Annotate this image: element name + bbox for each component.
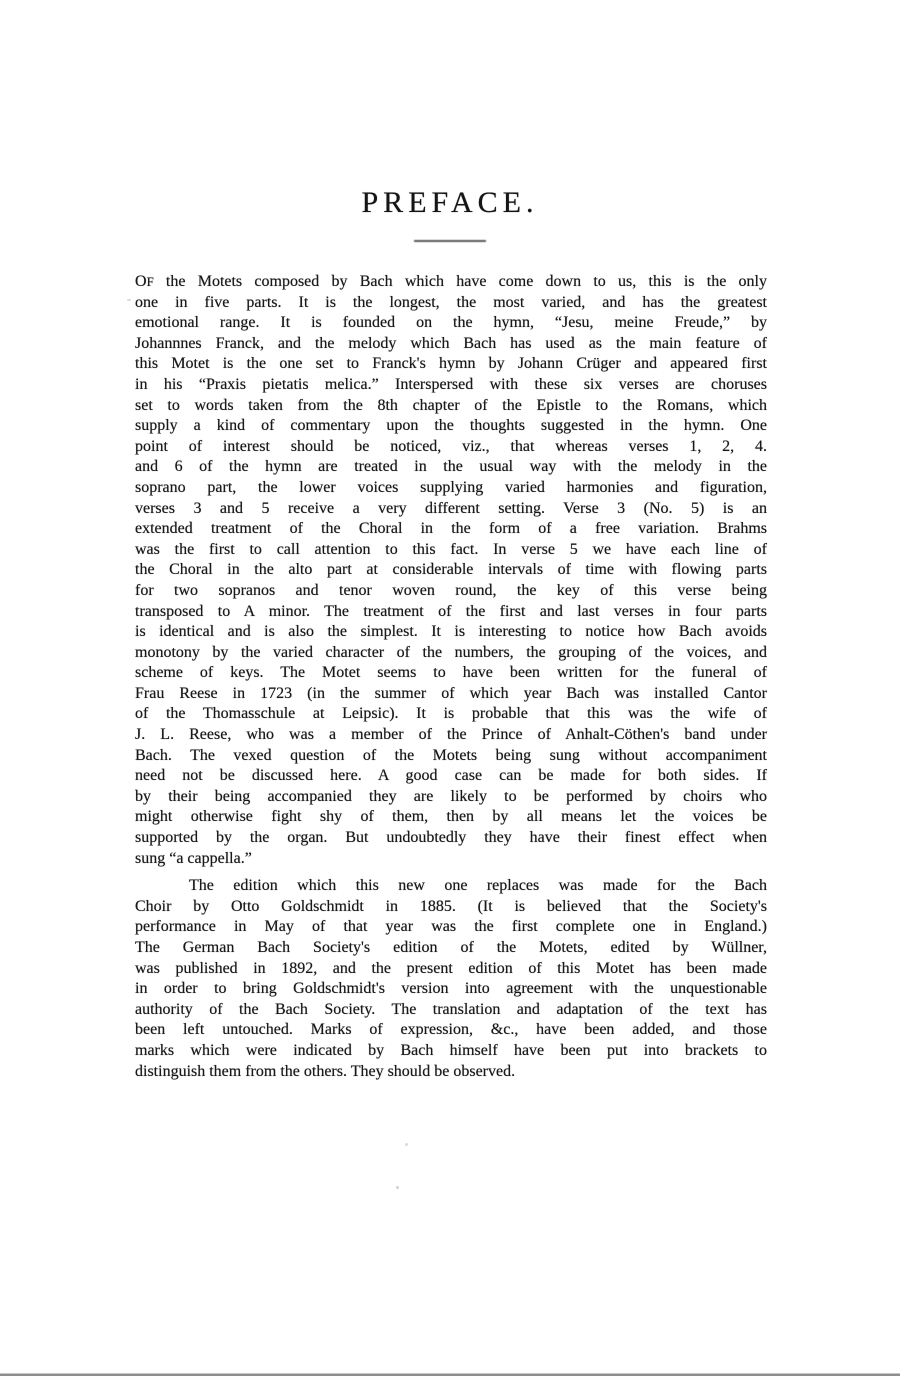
title-wrap: PREFACE. bbox=[0, 186, 900, 220]
text-line: was the first to call attention to this … bbox=[135, 540, 767, 561]
text-line: Choir by Otto Goldschmidt in 1885. (It i… bbox=[135, 897, 767, 918]
title-divider-rule bbox=[414, 240, 486, 242]
text-line: was published in 1892, and the present e… bbox=[135, 959, 767, 980]
text-line: emotional range. It is founded on the hy… bbox=[135, 313, 767, 334]
text-line: of the Thomasschule at Leipsic). It is p… bbox=[135, 704, 767, 725]
text-line: point of interest should be noticed, viz… bbox=[135, 437, 767, 458]
text-line: The edition which this new one replaces … bbox=[135, 876, 767, 897]
text-line: OF the Motets composed by Bach which hav… bbox=[135, 272, 767, 293]
scan-speck bbox=[127, 299, 131, 301]
text-line: in his “Praxis pietatis melica.” Intersp… bbox=[135, 375, 767, 396]
text-line: supported by the organ. But undoubtedly … bbox=[135, 828, 767, 849]
scan-speck bbox=[396, 1186, 399, 1189]
paragraph: The edition which this new one replaces … bbox=[135, 876, 767, 1082]
scanned-page: PREFACE. OF the Motets composed by Bach … bbox=[0, 0, 900, 1376]
text-line: Johannnes Franck, and the melody which B… bbox=[135, 334, 767, 355]
text-line: this Motet is the one set to Franck's hy… bbox=[135, 354, 767, 375]
page-title: PREFACE. bbox=[362, 186, 539, 219]
paragraph: OF the Motets composed by Bach which hav… bbox=[135, 272, 767, 869]
text-line: in order to bring Goldschmidt's version … bbox=[135, 979, 767, 1000]
text-line: scheme of keys. The Motet seems to have … bbox=[135, 663, 767, 684]
text-line: supply a kind of commentary upon the tho… bbox=[135, 416, 767, 437]
text-line: and 6 of the hymn are treated in the usu… bbox=[135, 457, 767, 478]
text-line: transposed to A minor. The treatment of … bbox=[135, 602, 767, 623]
preface-text: OF the Motets composed by Bach which hav… bbox=[135, 272, 767, 1082]
text-line: one in five parts. It is the longest, th… bbox=[135, 293, 767, 314]
text-line: sung “a cappella.” bbox=[135, 849, 767, 870]
text-line: set to words taken from the 8th chapter … bbox=[135, 396, 767, 417]
text-line: been left untouched. Marks of expression… bbox=[135, 1020, 767, 1041]
text-line: the Choral in the alto part at considera… bbox=[135, 560, 767, 581]
text-line: need not be discussed here. A good case … bbox=[135, 766, 767, 787]
text-line: Bach. The vexed question of the Motets b… bbox=[135, 746, 767, 767]
text-line: authority of the Bach Society. The trans… bbox=[135, 1000, 767, 1021]
text-line: J. L. Reese, who was a member of the Pri… bbox=[135, 725, 767, 746]
text-line: by their being accompanied they are like… bbox=[135, 787, 767, 808]
text-line: monotony by the varied character of the … bbox=[135, 643, 767, 664]
scan-speck bbox=[405, 1143, 408, 1146]
text-line: The German Bach Society's edition of the… bbox=[135, 938, 767, 959]
text-line: distinguish them from the others. They s… bbox=[135, 1062, 767, 1083]
text-line: verses 3 and 5 receive a very different … bbox=[135, 499, 767, 520]
text-line: might otherwise fight shy of them, then … bbox=[135, 807, 767, 828]
text-line: marks which were indicated by Bach himse… bbox=[135, 1041, 767, 1062]
text-line: soprano part, the lower voices supplying… bbox=[135, 478, 767, 499]
text-line: is identical and is also the simplest. I… bbox=[135, 622, 767, 643]
text-line: extended treatment of the Choral in the … bbox=[135, 519, 767, 540]
text-line: Frau Reese in 1723 (in the summer of whi… bbox=[135, 684, 767, 705]
text-line: for two sopranos and tenor woven round, … bbox=[135, 581, 767, 602]
text-line: performance in May of that year was the … bbox=[135, 917, 767, 938]
